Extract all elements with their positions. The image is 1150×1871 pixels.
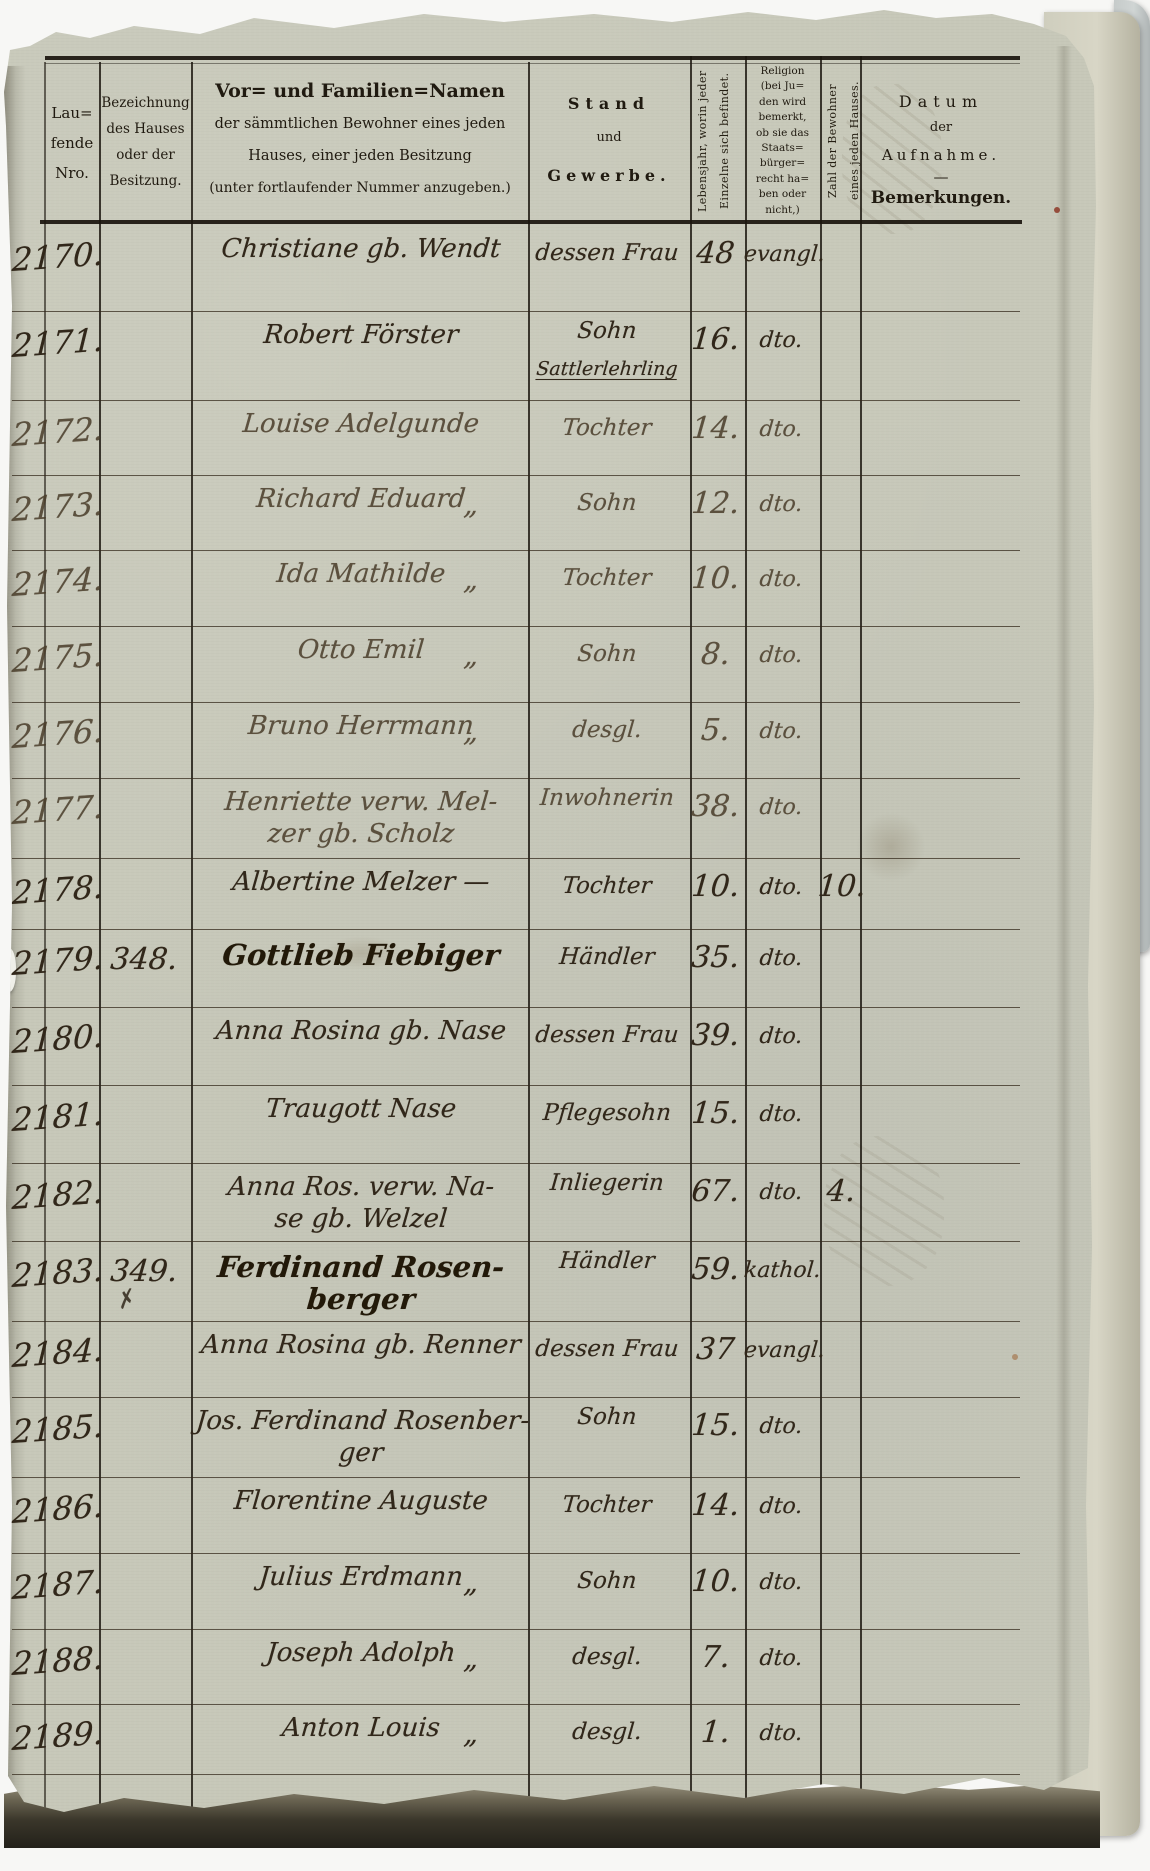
status-occupation: Inwohnerin [525,785,689,811]
religion-value: dto. [743,567,819,592]
ditto-mark: „ [463,715,506,748]
table-row: 2186.Florentine AugusteTochter14.dto. [12,1478,1020,1554]
status-occupation: Tochter [525,873,689,899]
religion-value: dto. [743,946,819,971]
row-number: 2180. [11,1017,97,1061]
table-row: 2171.Robert FörsterSohnSattlerlehrling16… [12,312,1020,401]
rows-container: 2170.Christiane gb. Wendtdessen Frau48ev… [12,226,1020,1775]
status-occupation: Sohn [525,318,689,344]
age-value: 35. [686,940,744,975]
row-number: 2186. [11,1487,97,1531]
religion-value: evangl. [743,242,819,267]
row-number: 2177. [11,788,97,832]
status-occupation: dessen Frau [525,240,689,266]
scanned-register-page: { "header": { "col1_lines": ["Lau=", "fe… [0,0,1150,1871]
religion-value: dto. [743,1102,819,1127]
resident-name: Jos. Ferdinand Rosenber- [195,1406,528,1436]
age-value: 39. [686,1018,744,1053]
status-occupation: dessen Frau [525,1336,689,1362]
row-number: 2172. [11,410,97,454]
age-value: 16. [686,322,744,357]
status-occupation: Tochter [525,1492,689,1518]
religion-value: dto. [743,1024,819,1049]
header-religion: Religion (bei Ju= den wird bemerkt, ob s… [747,64,818,218]
row-number: 2179. [11,939,97,983]
header-laufende-nro: Lau= fende Nro. [46,98,98,188]
status-occupation: desgl. [525,1719,689,1745]
row-number: 2188. [11,1639,97,1683]
age-value: 14. [686,1488,744,1523]
row-number: 2183. [11,1251,97,1295]
status-occupation: desgl. [525,1644,689,1670]
table-row: 2188.Joseph Adolph„desgl.7.dto. [12,1630,1020,1705]
age-value: 48 [686,236,744,271]
age-value: 10. [686,1564,744,1599]
status-occupation: Sohn [525,1568,689,1594]
religion-value: dto. [743,1646,819,1671]
table-row: 2182.Anna Ros. verw. Na-se gb. WelzelInl… [12,1164,1020,1242]
row-number: 2178. [11,868,97,912]
resident-name: Anna Rosina gb. Renner [195,1330,528,1360]
religion-value: evangl. [743,1338,819,1363]
religion-value: dto. [743,643,819,668]
age-value: 7. [686,1640,744,1675]
status-occupation: Sohn [525,641,689,667]
row-number: 2170. [11,235,97,279]
resident-name: Henriette verw. Mel- [195,787,528,817]
table-row: 2177.Henriette verw. Mel-zer gb. ScholzI… [12,779,1020,859]
religion-value: dto. [743,1414,819,1439]
religion-value: dto. [743,795,819,820]
age-value: 8. [686,637,744,672]
header-names-sub: der sämmtlichen Bewohner eines jeden [193,116,527,132]
resident-name: Albertine Melzer — [195,867,528,897]
header-zahl-vertical: Zahl der Bewohner eines jeden Hauses. [822,62,858,220]
age-value: 1. [686,1715,744,1750]
house-mark: ✗ [112,1285,138,1315]
resident-name: Louise Adelgunde [195,409,528,439]
house-number: 349. [98,1254,189,1289]
table-row: 2180.Anna Rosina gb. Nasedessen Frau39.d… [12,1008,1020,1086]
row-number: 2187. [11,1563,97,1607]
religion-value: dto. [743,492,819,517]
table-row: 2179.348.Gottlieb FiebigerHändler35.dto. [12,930,1020,1008]
resident-name-continued: ger [195,1438,528,1468]
age-value: 10. [686,869,744,904]
table-row: 2187.Julius Erdmann„Sohn10.dto. [12,1554,1020,1630]
ditto-mark: „ [463,1642,506,1675]
age-value: 67. [686,1174,744,1209]
resident-name: Traugott Nase [195,1094,528,1124]
resident-name: Anna Ros. verw. Na- [195,1172,528,1202]
religion-value: dto. [743,719,819,744]
age-value: 15. [686,1408,744,1443]
religion-value: dto. [743,1721,819,1746]
table-row: 2178.Albertine Melzer —Tochter10.dto.10. [12,859,1020,930]
ditto-mark: „ [463,563,506,596]
table-row: 2173.Richard Eduard„Sohn12.dto. [12,476,1020,551]
religion-value: dto. [743,1180,819,1205]
status-occupation: Tochter [525,415,689,441]
row-number: 2189. [11,1714,97,1758]
resident-name: Robert Förster [195,320,528,350]
resident-name: Florentine Auguste [195,1486,528,1516]
resident-name-continued: se gb. Welzel [195,1204,528,1234]
table-top-rule-thin [45,63,1020,64]
age-value: 37 [686,1332,744,1367]
table-row: 2172.Louise AdelgundeTochter14.dto. [12,401,1020,476]
table-row: 2189.Anton Louis„desgl.1.dto. [12,1705,1020,1775]
resident-name: Ferdinand Rosen- [195,1250,528,1284]
religion-value: dto. [743,1494,819,1519]
header-names-sub: Hauses, einer jeden Besitzung [193,148,527,164]
ditto-mark: „ [463,639,506,672]
header-bottom-rule [40,220,1022,224]
resident-name-continued: berger [195,1282,528,1316]
house-number: 348. [98,942,189,977]
ditto-mark: „ [463,1566,506,1599]
household-count: 10. [816,869,865,904]
status-occupation: Händler [525,1248,689,1274]
table-row: 2181.Traugott NasePflegesohn15.dto. [12,1086,1020,1164]
table-row: 2175.Otto Emil„Sohn8.dto. [12,627,1020,703]
age-value: 10. [686,561,744,596]
religion-value: dto. [743,417,819,442]
status-occupation-second-line: Sattlerlehrling [525,358,689,380]
status-occupation: Sohn [525,1404,689,1430]
header-stand: Stand [530,94,688,113]
header-names-sub: (unter fortlaufender Nummer anzugeben.) [193,180,527,196]
row-number: 2174. [11,560,97,604]
age-value: 5. [686,713,744,748]
header-datum: der [862,120,1020,135]
row-number: 2176. [11,712,97,756]
resident-name: Gottlieb Fiebiger [195,938,528,972]
table-row: 2170.Christiane gb. Wendtdessen Frau48ev… [12,226,1020,312]
ledger-page: Lau= fende Nro. Bezeichnung des Hauses o… [4,6,1100,1818]
table-row: 2174.Ida Mathilde„Tochter10.dto. [12,551,1020,627]
stain [1054,207,1060,213]
status-occupation: dessen Frau [525,1022,689,1048]
header-bemerkungen: Bemerkungen. [862,188,1020,208]
religion-value: dto. [743,328,819,353]
ditto-mark: „ [463,488,506,521]
header-datum: Aufnahme. [862,146,1020,164]
header-stand: Gewerbe. [530,166,688,185]
status-occupation: Sohn [525,490,689,516]
header-stand: und [530,130,688,145]
religion-value: kathol. [743,1258,819,1283]
age-value: 59. [686,1252,744,1287]
household-count: 4. [816,1174,865,1209]
status-occupation: Händler [525,944,689,970]
header-bezeichnung: Bezeichnung des Hauses oder der Besitzun… [101,90,190,194]
table-row: 2176.Bruno Herrmann„desgl.5.dto. [12,703,1020,779]
row-number: 2182. [11,1173,97,1217]
religion-value: dto. [743,875,819,900]
status-occupation: Inliegerin [525,1170,689,1196]
header-datum-divider: — [862,168,1020,186]
status-occupation: Tochter [525,565,689,591]
page-crease [1056,46,1072,1786]
header-names-title: Vor= und Familien=Namen [193,80,527,102]
table-row: 2183.349.✗Ferdinand Rosen-bergerHändler5… [12,1242,1020,1322]
row-number: 2173. [11,485,97,529]
resident-name: Anna Rosina gb. Nase [195,1016,528,1046]
table-row: 2185.Jos. Ferdinand Rosenber-gerSohn15.d… [12,1398,1020,1478]
age-value: 12. [686,486,744,521]
row-number: 2184. [11,1331,97,1375]
table-row: 2184.Anna Rosina gb. Rennerdessen Frau37… [12,1322,1020,1398]
age-value: 14. [686,411,744,446]
age-value: 15. [686,1096,744,1131]
row-number: 2185. [11,1407,97,1451]
status-occupation: desgl. [525,717,689,743]
header-lebensjahr-vertical: Lebensjahr, worin jeder Einzelne sich be… [692,62,743,220]
religion-value: dto. [743,1570,819,1595]
ditto-mark: „ [463,1717,506,1750]
table-top-rule [45,56,1020,60]
age-value: 38. [686,789,744,824]
row-number: 2175. [11,636,97,680]
row-number: 2181. [11,1095,97,1139]
resident-name-continued: zer gb. Scholz [195,819,528,849]
row-number: 2171. [11,321,97,365]
status-occupation: Pflegesohn [525,1100,689,1126]
header-datum: Datum [862,92,1020,111]
resident-name: Christiane gb. Wendt [195,234,528,264]
